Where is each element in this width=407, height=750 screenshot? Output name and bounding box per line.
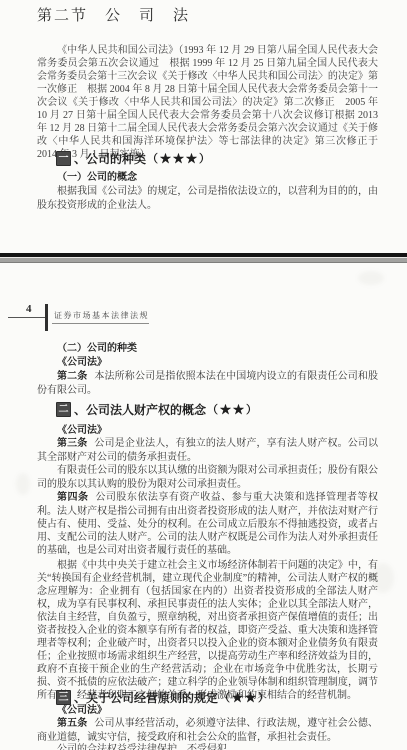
section-title: 、公司法人财产权的概念 [74,401,206,418]
importance-stars: （★★） [219,689,271,705]
para-company-concept: 根据我国《公司法》的规定，公司是指依法设立的，以营利为目的的，由股东投资形成的企… [37,185,378,213]
page-top: 第二节 公 司 法 《中华人民共和国公司法》（1993 年 12 月 29 日第… [0,0,407,253]
page-number: 4 [26,303,32,315]
law-label-2: 《公司法》 [37,424,378,438]
page-number-rule [8,317,46,318]
section-heading-1: 一 、公司的种类 （★★★） [56,150,212,166]
article-2: 第二条本法所称公司是指依照本法在中国境内设立的有限责任公司和股份有限公司。 [37,370,378,397]
article-3: 第三条公司是企业法人，有独立的法人财产，享有法人财产权。公司以其全部财产对公司的… [37,437,378,464]
article-5-number: 第五条 [57,718,87,729]
chapter-heading: 第二节 公 司 法 [37,4,190,25]
article-2-number: 第二条 [57,371,87,382]
para-llc-liability: 有限责任公司的股东以其认缴的出资额为限对公司承担责任；股份有限公司的股东以其认购… [37,464,378,491]
law-label-1: 《公司法》 [37,356,378,370]
running-title-underline [52,323,149,324]
article-5: 第五条公司从事经营活动，必须遵守法律、行政法规，遵守社会公德、商业道德，诚实守信… [37,717,378,745]
scan-smudge [16,473,30,495]
article-3-text: 公司是企业法人，有独立的法人财产，享有法人财产权。公司以其全部财产对公司的债务承… [37,438,378,463]
section-heading-3: 三 、关于公司经营原则的规定 （★★） [56,689,271,705]
para-legal-person-property: 法人财产权是指公司拥有由出资者投资形成的法人财产，并依法对财产行使占有、使用、受… [37,505,378,557]
scan-smudge [372,563,394,593]
statute-annotation: 《中华人民共和国公司法》（1993 年 12 月 29 日第八届全国人民代表大会… [37,44,378,161]
article-5-text: 公司从事经营活动，必须遵守法律、行政法规，遵守社会公德、商业道德，诚实守信，接受… [37,718,378,743]
article-4-number: 第四条 [57,492,88,503]
section-number-box: 一 [56,151,71,166]
law-label-3: 《公司法》 [37,704,378,718]
header-vertical-bar [45,304,48,331]
section-title: 、关于公司经营原则的规定 [74,689,218,706]
article-2-text: 本法所称公司是指依照本法在中国境内设立的有限责任公司和股份有限公司。 [37,371,378,396]
article-3-number: 第三条 [57,438,87,449]
importance-stars: （★★★） [147,150,212,166]
scan-smudge [358,271,384,285]
para-lawful-rights: 公司的合法权益受法律保护，不受侵犯。 [37,743,378,750]
subheading-company-concept: （一）公司的概念 [37,171,378,185]
section-heading-2: 二 、公司法人财产权的概念 （★★） [56,401,259,417]
page-bottom: 4 证券市场基本法律法规 （二）公司的种类 《公司法》 第二条本法所称公司是指依… [0,263,407,750]
section-title: 、公司的种类 [74,150,146,167]
para-ccp-decision: 根据《中共中央关于建立社会主义市场经济体制若干问题的决定》中，有关“转换国有企业… [37,559,378,702]
page-separator [0,253,407,263]
scanned-book-page: 第二节 公 司 法 《中华人民共和国公司法》（1993 年 12 月 29 日第… [0,0,407,750]
subheading-company-types: （二）公司的种类 [37,342,378,356]
importance-stars: （★★） [207,401,259,417]
section-number-box: 二 [56,402,71,417]
section-number-box: 三 [56,690,71,705]
running-title: 证券市场基本法律法规 [54,310,149,321]
